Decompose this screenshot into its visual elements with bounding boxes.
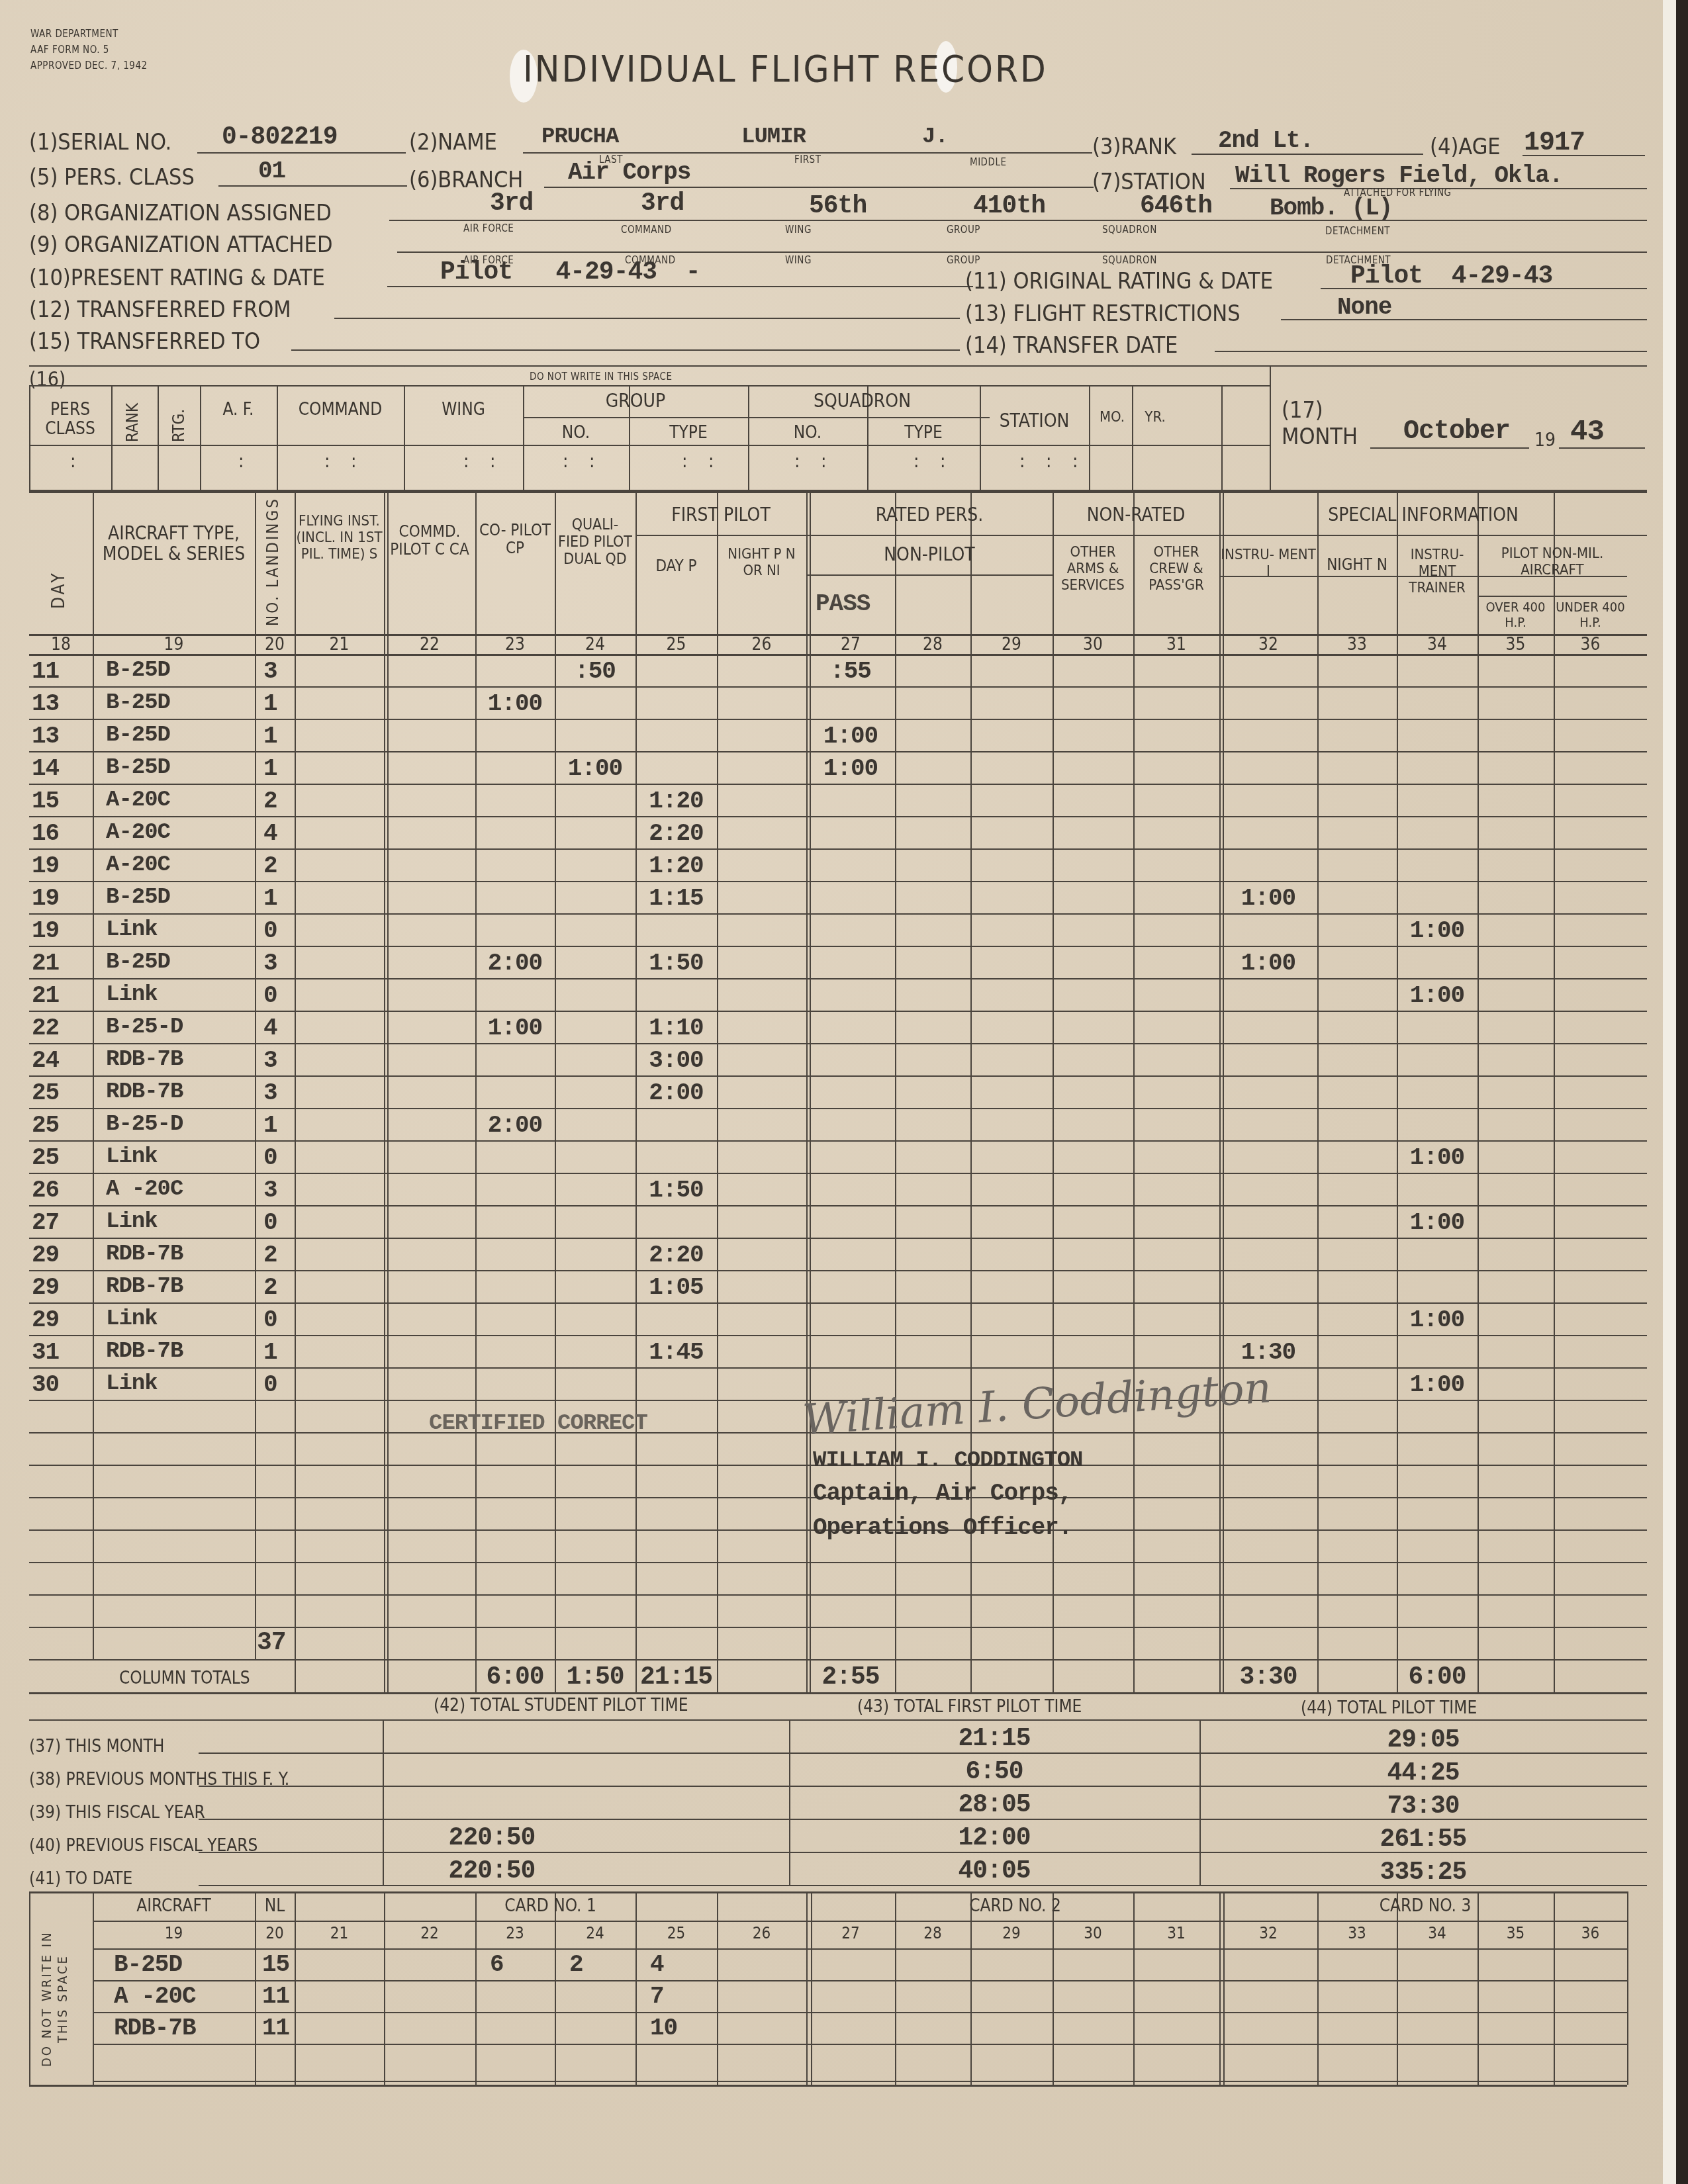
dot-marker: : [490, 455, 496, 467]
summary-student-value: 220:50 [383, 1857, 601, 1886]
dot-marker: : [940, 455, 946, 467]
grid-line [295, 1659, 296, 1692]
cards-aircraft-label: AIRCRAFT [93, 1897, 255, 1916]
summary-total-value: 73:30 [1199, 1792, 1647, 1821]
cards-column-number: 28 [895, 1925, 970, 1942]
sub2-wing: WING [785, 254, 812, 266]
cell-time-c32[interactable]: 1:00 [1219, 885, 1317, 912]
name-sublabel-middle: MIDDLE [970, 156, 1006, 168]
s16-header-command: COMMAND [277, 400, 404, 420]
grid-line [93, 2044, 1627, 2045]
cell-time-c32[interactable]: 1:00 [1219, 950, 1317, 977]
column-total-c32: 3:30 [1219, 1663, 1317, 1692]
cell-landings[interactable]: 2 [263, 852, 277, 880]
name-middle[interactable]: J. [922, 124, 948, 150]
cell-aircraft[interactable]: RDB-7B [106, 1242, 183, 1267]
cell-landings[interactable]: 4 [263, 1015, 277, 1042]
grid-line [1477, 596, 1627, 597]
s16-header-wing: WING [404, 400, 523, 420]
s16-header-pers-class: PERS CLASS [29, 400, 111, 439]
grid-line [895, 574, 896, 634]
header-fp-night: NIGHT P N OR NI [717, 546, 806, 579]
cell-time-c23[interactable]: 1:00 [475, 1015, 555, 1042]
cards-column-number: 36 [1554, 1925, 1627, 1942]
card3-label: CARD NO. 3 [1223, 1897, 1627, 1916]
header-under-400: UNDER 400 H.P. [1554, 600, 1627, 630]
header-night: NIGHT N [1317, 556, 1397, 574]
cell-time-c32[interactable]: 1:30 [1219, 1339, 1317, 1366]
grid-line [1133, 1659, 1135, 1692]
cell-aircraft[interactable]: Link [106, 1144, 158, 1169]
header-qualified: QUALI- FIED PILOT DUAL QD [555, 516, 635, 568]
summary-first-value: 21:15 [789, 1725, 1199, 1753]
transfer-date-label: (14) TRANSFER DATE [965, 332, 1178, 359]
cell-aircraft[interactable]: B-25D [106, 885, 170, 910]
cell-day[interactable]: 19 [32, 917, 59, 944]
column-number: 21 [295, 635, 384, 655]
sub-air-force: AIR FORCE [463, 222, 514, 234]
pass-stamp: PASS [816, 590, 870, 617]
grid-line [29, 1891, 30, 2085]
present-rating-value[interactable]: Pilot 4-29-43 - [440, 258, 700, 287]
cards-column-number: 31 [1133, 1925, 1219, 1942]
branch-value[interactable]: Air Corps [568, 159, 690, 186]
org-assigned-label: (8) ORGANIZATION ASSIGNED [29, 200, 332, 226]
cell-day[interactable]: 16 [32, 820, 59, 847]
cell-time-c34[interactable]: 1:00 [1397, 1306, 1477, 1334]
grid-line [717, 1659, 718, 1692]
cell-time-c25[interactable]: 1:10 [635, 1015, 717, 1042]
cell-day[interactable]: 14 [32, 755, 59, 782]
summary-header-total: (44) TOTAL PILOT TIME [1301, 1698, 1477, 1718]
summary-row-label: (37) THIS MONTH [29, 1737, 164, 1756]
grid-line [895, 1659, 896, 1692]
cell-landings[interactable]: 0 [263, 1371, 277, 1398]
s16-header-group-type: TYPE [629, 424, 748, 443]
original-rating-label: (11) ORIGINAL RATING & DATE [965, 268, 1273, 295]
grid-line [93, 2012, 1627, 2013]
column-total-c27: 2:55 [806, 1663, 895, 1692]
rank-label: (3)RANK [1092, 134, 1176, 160]
cell-aircraft[interactable]: B-25D [106, 950, 170, 975]
header-commd-pilot: COMMD. PILOT C CA [384, 523, 475, 559]
flight-restrictions-label: (13) FLIGHT RESTRICTIONS [965, 300, 1241, 327]
cards-column-number: 32 [1219, 1925, 1317, 1942]
cell-day[interactable]: 26 [32, 1177, 59, 1204]
cell-aircraft[interactable]: RDB-7B [106, 1339, 183, 1364]
org-attached-label: (9) ORGANIZATION ATTACHED [29, 232, 332, 258]
landings-total: 37 [257, 1629, 286, 1657]
cell-aircraft[interactable]: A-20C [106, 820, 170, 845]
cell-landings[interactable]: 2 [263, 788, 277, 815]
header-landings: NO. LANDINGS [263, 500, 282, 626]
name-sublabel-first: FIRST [794, 154, 821, 165]
cell-time-c23[interactable]: 1:00 [475, 690, 555, 717]
cards-value-c24: 2 [569, 1951, 583, 1978]
pers-class-value[interactable]: 01 [258, 158, 285, 185]
summary-total-value: 335:25 [1199, 1858, 1647, 1887]
cards-column-number: 26 [717, 1925, 806, 1942]
sub-detachment: DETACHMENT [1325, 225, 1390, 237]
cards-column-number: 30 [1053, 1925, 1133, 1942]
cell-time-c34[interactable]: 1:00 [1397, 982, 1477, 1009]
cell-landings[interactable]: 3 [263, 658, 277, 685]
column-number: 25 [635, 635, 717, 655]
cell-day[interactable]: 21 [32, 982, 59, 1009]
dot-marker: : [1072, 455, 1078, 467]
cell-day[interactable]: 31 [32, 1339, 59, 1366]
summary-student-value: 220:50 [383, 1824, 601, 1852]
grid-line [93, 1980, 1627, 1981]
org-assigned-detachment[interactable]: Bomb. (L) [1270, 195, 1392, 222]
sub-squadron: SQUADRON [1102, 224, 1157, 236]
grid-line [111, 385, 113, 490]
grid-line [748, 417, 980, 418]
cell-landings[interactable]: 4 [263, 820, 277, 847]
s16-header-squadron: SQUADRON [748, 390, 976, 411]
cell-time-c25[interactable]: 1:45 [635, 1339, 717, 1366]
header-inst-trainer: INSTRU- MENT TRAINER [1397, 547, 1477, 596]
cell-aircraft[interactable]: Link [106, 1209, 158, 1234]
age-value[interactable]: 1917 [1524, 128, 1585, 158]
cell-landings[interactable]: 1 [263, 755, 277, 782]
grid-line [806, 574, 1053, 576]
cell-day[interactable]: 29 [32, 1242, 59, 1269]
dot-marker: : [463, 455, 469, 467]
cards-column-number: 27 [806, 1925, 895, 1942]
grid-line [29, 1659, 1647, 1661]
s16-header-rtg: RTG. [169, 396, 188, 442]
s16-header-yr: YR. [1132, 409, 1178, 426]
cell-day[interactable]: 24 [32, 1047, 59, 1074]
dot-marker: : [1019, 455, 1025, 467]
cell-aircraft[interactable]: B-25D [106, 755, 170, 780]
sub-group: GROUP [947, 224, 980, 236]
column-totals-label: COLUMN TOTALS [119, 1668, 250, 1688]
column-number: 36 [1554, 635, 1627, 655]
cell-time-c25[interactable]: 1:15 [635, 885, 717, 912]
header-non-mil: PILOT NON-MIL. AIRCRAFT [1477, 545, 1627, 578]
flight-restrictions-value[interactable]: None [1337, 294, 1391, 321]
grid-line [93, 2081, 1627, 2082]
dot-marker: : [1046, 455, 1052, 467]
grid-line [29, 1627, 1647, 1628]
cell-aircraft[interactable]: B-25D [106, 690, 170, 715]
cell-day[interactable]: 13 [32, 690, 59, 717]
cards-column-number: 34 [1397, 1925, 1477, 1942]
summary-first-value: 28:05 [789, 1791, 1199, 1819]
cell-time-c25[interactable]: 1:20 [635, 788, 717, 815]
cell-day[interactable]: 27 [32, 1209, 59, 1236]
cell-time-c27[interactable]: 1:00 [806, 723, 895, 750]
dot-marker: : [70, 455, 76, 467]
dot-marker: : [589, 455, 595, 467]
column-total-c24: 1:50 [555, 1663, 635, 1692]
cards-aircraft: B-25D [114, 1951, 182, 1978]
column-number: 27 [806, 635, 895, 655]
cards-column-number: 19 [93, 1925, 255, 1942]
column-total-c25: 21:15 [635, 1663, 717, 1692]
cell-day[interactable]: 19 [32, 885, 59, 912]
cell-landings[interactable]: 2 [263, 1242, 277, 1269]
cell-aircraft[interactable]: Link [106, 1306, 158, 1332]
cell-aircraft[interactable]: RDB-7B [106, 1079, 183, 1105]
pers-class-label: (5) PERS. CLASS [29, 164, 195, 191]
grid-line [806, 535, 1647, 536]
grid-line [980, 385, 981, 490]
do-not-write-note: DO NOT WRITE IN THIS SPACE [530, 371, 673, 383]
cell-day[interactable]: 29 [32, 1306, 59, 1334]
cell-day[interactable]: 29 [32, 1274, 59, 1301]
cell-time-c27[interactable]: :55 [806, 658, 895, 685]
cell-landings[interactable]: 0 [263, 1209, 277, 1236]
grid-line [29, 1562, 1647, 1563]
sub-wing: WING [785, 224, 812, 236]
header-rated-pers: RATED PERS. [806, 504, 1053, 525]
cell-landings[interactable]: 0 [263, 982, 277, 1009]
cell-day[interactable]: 19 [32, 852, 59, 880]
column-number: 28 [895, 635, 970, 655]
org-assigned-wing[interactable]: 56th [809, 192, 867, 220]
column-number: 34 [1397, 635, 1477, 655]
dot-marker: : [563, 455, 569, 467]
cell-aircraft[interactable]: RDB-7B [106, 1047, 183, 1072]
age-label: (4)AGE [1430, 134, 1501, 160]
name-label: (2)NAME [409, 129, 497, 156]
serial-value[interactable]: 0-802219 [222, 123, 337, 152]
sub2-squadron: SQUADRON [1102, 254, 1157, 266]
cell-aircraft[interactable]: B-25D [106, 658, 170, 683]
cell-day[interactable]: 11 [32, 658, 59, 685]
cell-time-c25[interactable]: 3:00 [635, 1047, 717, 1074]
cards-value-c25: 4 [650, 1951, 664, 1978]
cards-nl: 11 [262, 2015, 289, 2042]
header-aircraft: AIRCRAFT TYPE, MODEL & SERIES [93, 523, 255, 564]
cell-time-c27[interactable]: 1:00 [806, 755, 895, 782]
station-label: (7)STATION [1092, 169, 1206, 195]
cards-nl: 15 [262, 1951, 289, 1978]
section16-label: (16) [29, 368, 66, 391]
month-value[interactable]: October [1403, 417, 1510, 447]
grid-line [970, 574, 972, 634]
paper-edge [1663, 0, 1676, 2184]
cell-time-c24[interactable]: 1:00 [555, 755, 635, 782]
header-first-pilot: FIRST PILOT [635, 504, 806, 525]
cell-time-c23[interactable]: 2:00 [475, 1112, 555, 1139]
name-last[interactable]: PRUCHA [541, 124, 618, 150]
dot-marker: : [324, 455, 330, 467]
cell-time-c34[interactable]: 1:00 [1397, 1144, 1477, 1171]
column-number: 18 [29, 635, 93, 655]
cell-landings[interactable]: 0 [263, 1306, 277, 1334]
cell-landings[interactable]: 1 [263, 690, 277, 717]
form-number: AAF FORM NO. 5 [30, 44, 109, 56]
column-number: 24 [555, 635, 635, 655]
name-first[interactable]: LUMIR [741, 124, 806, 150]
dot-marker: : [708, 455, 714, 467]
sub-command: COMMAND [621, 224, 672, 236]
cell-time-c25[interactable]: 1:50 [635, 1177, 717, 1204]
cell-aircraft[interactable]: Link [106, 917, 158, 942]
cards-column-number: 21 [295, 1925, 384, 1942]
month-label: (17) MONTH [1282, 397, 1381, 450]
cards-value-c25: 7 [650, 1983, 664, 2010]
cards-side-note: DO NOT WRITE IN THIS SPACE [38, 1919, 71, 2078]
cell-landings[interactable]: 1 [263, 723, 277, 750]
original-rating-value[interactable]: Pilot 4-29-43 [1350, 262, 1552, 291]
grid-line [970, 1659, 972, 1692]
column-number: 29 [970, 635, 1053, 655]
year-value[interactable]: 43 [1570, 416, 1604, 449]
cell-time-c25[interactable]: 1:20 [635, 852, 717, 880]
cell-day[interactable]: 25 [32, 1144, 59, 1171]
column-number: 26 [717, 635, 806, 655]
org-assigned-air-force[interactable]: 3rd [490, 189, 533, 218]
header-over-400: OVER 400 H.P. [1477, 600, 1554, 630]
cell-aircraft[interactable]: RDB-7B [106, 1274, 183, 1299]
approved-date: APPROVED DEC. 7, 1942 [30, 60, 148, 71]
cell-time-c25[interactable]: 2:00 [635, 1079, 717, 1107]
cards-column-number: 25 [635, 1925, 717, 1942]
cell-aircraft[interactable]: B-25-D [106, 1112, 183, 1137]
column-number: 22 [384, 635, 475, 655]
header-fp-day: DAY P [635, 557, 717, 575]
column-number: 23 [475, 635, 555, 655]
cell-aircraft[interactable]: B-25-D [106, 1015, 183, 1040]
org-assigned-group[interactable]: 410th [973, 192, 1045, 220]
cell-landings[interactable]: 1 [263, 885, 277, 912]
grid-line [1554, 596, 1555, 634]
s16-header-squadron-no: NO. [748, 424, 867, 443]
grid-line [29, 1891, 1627, 1893]
officer-title-2: Operations Officer. [813, 1514, 1072, 1541]
cell-aircraft[interactable]: Link [106, 1371, 158, 1396]
cell-landings[interactable]: 0 [263, 1144, 277, 1171]
rank-value[interactable]: 2nd Lt. [1218, 127, 1313, 154]
org-assigned-squadron[interactable]: 646th [1140, 192, 1212, 220]
s16-header-station: STATION [980, 410, 1089, 431]
grid-line [29, 491, 1647, 493]
cell-time-c24[interactable]: :50 [555, 658, 635, 685]
cell-day[interactable]: 21 [32, 950, 59, 977]
cards-nl-label: NL [255, 1897, 295, 1916]
cell-aircraft[interactable]: Link [106, 982, 158, 1007]
officer-name: WILLIAM I. CODDINGTON [813, 1448, 1082, 1473]
cards-aircraft: RDB-7B [114, 2015, 196, 2042]
grid-line [1554, 1659, 1555, 1692]
header-flying-inst: FLYING INST. (INCL. IN 1ST PIL. TIME) S [295, 513, 384, 563]
org-assigned-command[interactable]: 3rd [641, 189, 684, 218]
dot-marker: : [821, 455, 827, 467]
grid-line [1132, 385, 1133, 490]
cell-aircraft[interactable]: A-20C [106, 852, 170, 878]
column-number: 30 [1053, 635, 1133, 655]
cell-landings[interactable]: 0 [263, 917, 277, 944]
cards-value-c25: 10 [650, 2015, 677, 2042]
cell-aircraft[interactable]: A -20C [106, 1177, 183, 1202]
cell-day[interactable]: 25 [32, 1079, 59, 1107]
cell-day[interactable]: 30 [32, 1371, 59, 1398]
cell-landings[interactable]: 1 [263, 1112, 277, 1139]
column-total-c23: 6:00 [475, 1663, 555, 1692]
cards-column-number: 33 [1317, 1925, 1397, 1942]
cell-time-c34[interactable]: 1:00 [1397, 917, 1477, 944]
grid-line [93, 1921, 1627, 1922]
cell-time-c25[interactable]: 2:20 [635, 820, 717, 847]
cell-time-c23[interactable]: 2:00 [475, 950, 555, 977]
transferred-to-label: (15) TRANSFERRED TO [29, 328, 260, 355]
cards-column-number: 23 [475, 1925, 555, 1942]
card2-label: CARD NO. 2 [811, 1897, 1219, 1916]
form-title: INDIVIDUAL FLIGHT RECORD [523, 48, 1048, 91]
dot-marker: : [238, 455, 244, 467]
station-value[interactable]: Will Rogers Field, Okla. [1235, 162, 1562, 189]
header-non-pilot: NON-PILOT [806, 544, 1053, 565]
cell-time-c34[interactable]: 1:00 [1397, 1371, 1477, 1398]
cards-column-number: 29 [970, 1925, 1053, 1942]
summary-header-first: (43) TOTAL FIRST PILOT TIME [857, 1697, 1082, 1717]
cell-landings[interactable]: 3 [263, 1177, 277, 1204]
form-paper: WAR DEPARTMENT AAF FORM NO. 5 APPROVED D… [0, 0, 1676, 2184]
cell-day[interactable]: 13 [32, 723, 59, 750]
cell-landings[interactable]: 1 [263, 1339, 277, 1366]
header-co-pilot: CO- PILOT CP [475, 522, 555, 557]
present-rating-label: (10)PRESENT RATING & DATE [29, 265, 325, 291]
s16-header-group: GROUP [523, 390, 748, 411]
cell-landings[interactable]: 2 [263, 1274, 277, 1301]
cell-landings[interactable]: 3 [263, 1079, 277, 1107]
s16-header-af: A. F. [200, 400, 277, 420]
dot-marker: : [914, 455, 919, 467]
s16-header-squadron-type: TYPE [867, 424, 980, 443]
column-number: 35 [1477, 635, 1554, 655]
sub2-group: GROUP [947, 254, 980, 266]
cell-time-c34[interactable]: 1:00 [1397, 1209, 1477, 1236]
summary-total-value: 29:05 [1199, 1726, 1647, 1754]
dot-marker: : [794, 455, 800, 467]
cards-column-number: 24 [555, 1925, 635, 1942]
column-total-c34: 6:00 [1397, 1663, 1477, 1692]
cell-time-c25[interactable]: 1:05 [635, 1274, 717, 1301]
cards-nl: 11 [262, 1983, 289, 2010]
cell-landings[interactable]: 3 [263, 1047, 277, 1074]
officer-title-1: Captain, Air Corps, [813, 1480, 1072, 1507]
header-other-arms: OTHER ARMS & SERVICES [1053, 544, 1133, 594]
grid-line [29, 1692, 1647, 1694]
cell-landings[interactable]: 3 [263, 950, 277, 977]
grid-line [29, 2085, 1627, 2087]
cell-day[interactable]: 22 [32, 1015, 59, 1042]
cell-time-c25[interactable]: 2:20 [635, 1242, 717, 1269]
cell-aircraft[interactable]: B-25D [106, 723, 170, 748]
cell-day[interactable]: 25 [32, 1112, 59, 1139]
summary-row-label: (41) TO DATE [29, 1869, 132, 1889]
column-number: 19 [93, 635, 255, 655]
cell-aircraft[interactable]: A-20C [106, 788, 170, 813]
cell-time-c25[interactable]: 1:50 [635, 950, 717, 977]
serial-label: (1)SERIAL NO. [29, 129, 171, 156]
summary-total-value: 44:25 [1199, 1759, 1647, 1788]
year-prefix: 19 [1534, 429, 1556, 451]
department-label: WAR DEPARTMENT [30, 28, 118, 40]
s16-header-mo: MO. [1089, 409, 1135, 426]
transferred-from-label: (12) TRANSFERRED FROM [29, 296, 291, 323]
grid-line [384, 1659, 385, 1692]
column-number: 33 [1317, 635, 1397, 655]
cards-column-number: 22 [384, 1925, 475, 1942]
header-instrument: INSTRU- MENT I [1219, 547, 1317, 580]
cell-day[interactable]: 15 [32, 788, 59, 815]
